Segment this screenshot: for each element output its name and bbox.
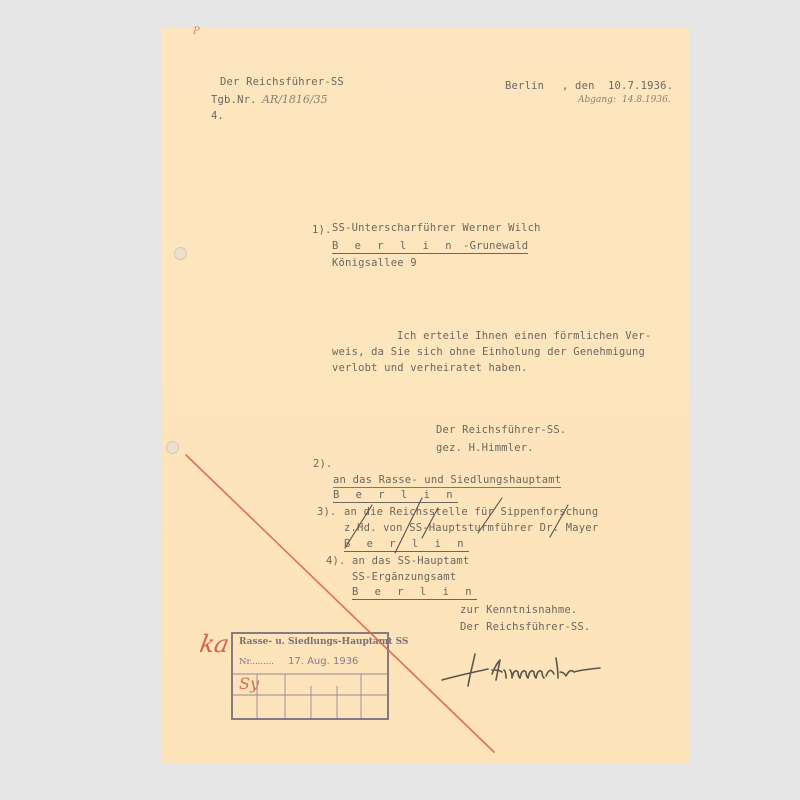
recipient-1-street: Königsallee 9: [332, 257, 417, 269]
footer-note: zur Kenntnisnahme.: [460, 604, 577, 616]
item-4-city: B e r l i n: [352, 586, 477, 600]
closing-signed: gez. H.Himmler.: [436, 442, 534, 454]
body-line-2: weis, da Sie sich ohne Einholung der Gen…: [332, 346, 645, 358]
item-3-attention: z.Hd. von SS-Hauptsturmführer Dr. Mayer: [344, 522, 598, 534]
item-3-number: 3).: [317, 506, 337, 518]
signature: [440, 650, 610, 690]
item-3-office: an die Reichsstelle für Sippenforschung: [344, 506, 598, 518]
item-4-department: SS-Ergänzungsamt: [352, 571, 456, 583]
document-date: 10.7.1936.: [608, 80, 673, 92]
corner-mark: P: [193, 26, 200, 37]
recipient-1-city-line: B e r l i n -Grunewald: [332, 240, 528, 254]
received-date: 14.8.1936.: [622, 95, 671, 105]
item-3-city: B e r l i n: [344, 538, 469, 552]
footer-title: Der Reichsführer-SS.: [460, 621, 590, 633]
stamp-title: Rasse- u. Siedlungs-Hauptamt SS: [239, 637, 408, 647]
red-initials: ka: [198, 630, 232, 658]
recipient-1-city: B e r l i n: [332, 240, 457, 252]
item-2-number: 2).: [313, 458, 333, 470]
receipt-stamp: Rasse- u. Siedlungs-Hauptamt SS Nr......…: [231, 632, 389, 720]
signature-himmler-icon: [440, 650, 610, 690]
punch-hole-top: [174, 247, 187, 260]
sender-line: Der Reichsführer-SS: [220, 76, 344, 88]
item-2-city: B e r l i n: [333, 489, 458, 503]
recipient-1-district: -Grunewald: [463, 240, 528, 252]
date-prefix: , den: [562, 80, 595, 92]
journal-label: Tgb.Nr.: [211, 94, 257, 106]
place: Berlin: [505, 80, 544, 92]
closing-title: Der Reichsführer-SS.: [436, 424, 566, 436]
punch-hole-bottom: [166, 441, 179, 454]
item-4-office: an das SS-Hauptamt: [352, 555, 469, 567]
item-4-number: 4).: [326, 555, 346, 567]
body-line-1: Ich erteile Ihnen einen förmlichen Ver-: [397, 330, 651, 342]
stamp-date: 17. Aug. 1936: [288, 656, 358, 667]
stamp-red-mark: Sy: [239, 674, 259, 693]
stamp-nr-label: Nr.........: [239, 657, 274, 667]
journal-number: AR/1816/35: [262, 93, 328, 106]
section-number: 4.: [211, 110, 224, 122]
item-2-office: an das Rasse- und Siedlungshauptamt: [333, 474, 561, 488]
body-line-3: verlobt und verheiratet haben.: [332, 362, 528, 374]
received-label: Abgang:: [578, 95, 616, 105]
recipient-1-name: SS-Unterscharführer Werner Wilch: [332, 222, 541, 234]
recipient-1-number: 1).: [312, 224, 332, 236]
